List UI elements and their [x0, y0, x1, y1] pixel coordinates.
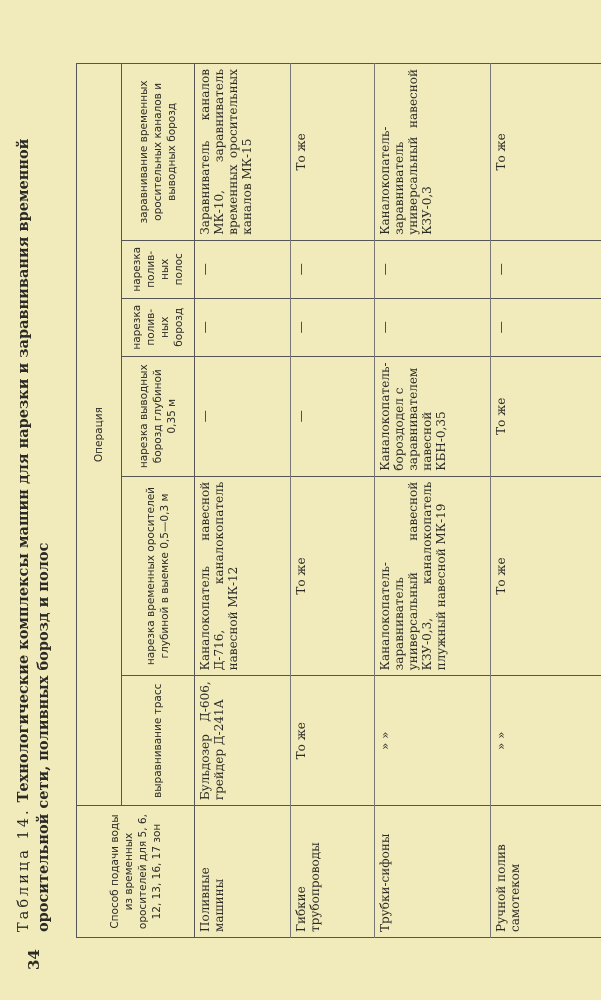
page-number: 34	[25, 949, 43, 970]
table-row: Трубки-сифоны » » Каналокопатель-заравни…	[375, 64, 491, 938]
cell-cut-temp-irrigators: То же	[491, 476, 601, 676]
cell-cut-irrigation-strips: —	[195, 240, 291, 298]
cell-leveling: То же	[291, 64, 375, 241]
machine-complexes-table: Способ подачи воды из временных оросител…	[76, 63, 601, 938]
cell-cut-outlet-furrows: Каналокопатель-бороздодел с заравнивател…	[375, 356, 491, 476]
cell-cut-temp-irrigators: Каналокопатель-заравниватель универсальн…	[375, 476, 491, 676]
cell-leveling: Каналокопатель-заравниватель универсальн…	[375, 64, 491, 241]
cell-cut-irrigation-furrows: —	[195, 298, 291, 356]
table-row: Ручной полив самотеком » » То же То же —…	[491, 64, 601, 938]
header-leveling: заравнивание временных оросительных кана…	[122, 64, 195, 241]
cell-method: Трубки-сифоны	[375, 806, 491, 938]
table-row: Гибкие трубопроводы То же То же — — — То…	[291, 64, 375, 938]
cell-cut-irrigation-furrows: —	[491, 298, 601, 356]
cell-leveling: То же	[491, 64, 601, 241]
table-caption-label: Таблица 14.	[16, 807, 32, 932]
cell-route-leveling: Бульдозер Д-606, грейдер Д-241А	[195, 676, 291, 806]
header-operation-group: Операция	[77, 64, 122, 806]
cell-route-leveling: » »	[375, 676, 491, 806]
cell-cut-irrigation-furrows: —	[291, 298, 375, 356]
cell-cut-outlet-furrows: То же	[491, 356, 601, 476]
cell-cut-irrigation-furrows: —	[375, 298, 491, 356]
header-cut-temp-irrigators: нарезка временных оросителей глубиной в …	[122, 476, 195, 676]
cell-method: Поливные машины	[195, 806, 291, 938]
cell-cut-irrigation-strips: —	[291, 240, 375, 298]
cell-leveling: Заравниватель каналов МК-10, заравнивате…	[195, 64, 291, 241]
header-row-group: Способ подачи воды из временных оросител…	[77, 64, 122, 938]
header-cut-irrigation-furrows: нарезка полив-ных борозд	[122, 298, 195, 356]
cell-route-leveling: То же	[291, 676, 375, 806]
table-caption: Таблица 14. Технологические комплексы ма…	[14, 32, 53, 932]
cell-method: Гибкие трубопроводы	[291, 806, 375, 938]
header-cut-irrigation-strips: нарезка полив-ных полос	[122, 240, 195, 298]
cell-method: Ручной полив самотеком	[491, 806, 601, 938]
table-row: Поливные машины Бульдозер Д-606, грейдер…	[195, 64, 291, 938]
header-route-leveling: выравнивание трасс	[122, 676, 195, 806]
cell-cut-irrigation-strips: —	[491, 240, 601, 298]
scanned-book-page: 34 Таблица 14. Технологические комплексы…	[0, 0, 601, 1000]
cell-cut-outlet-furrows: —	[195, 356, 291, 476]
cell-cut-irrigation-strips: —	[375, 240, 491, 298]
header-method: Способ подачи воды из временных оросител…	[77, 806, 195, 938]
cell-cut-temp-irrigators: То же	[291, 476, 375, 676]
cell-cut-temp-irrigators: Каналокопатель навесной Д-716, каналокоп…	[195, 476, 291, 676]
header-cut-outlet-furrows: нарезка выводных борозд глубиной 0,35 м	[122, 356, 195, 476]
cell-cut-outlet-furrows: —	[291, 356, 375, 476]
cell-route-leveling: » »	[491, 676, 601, 806]
